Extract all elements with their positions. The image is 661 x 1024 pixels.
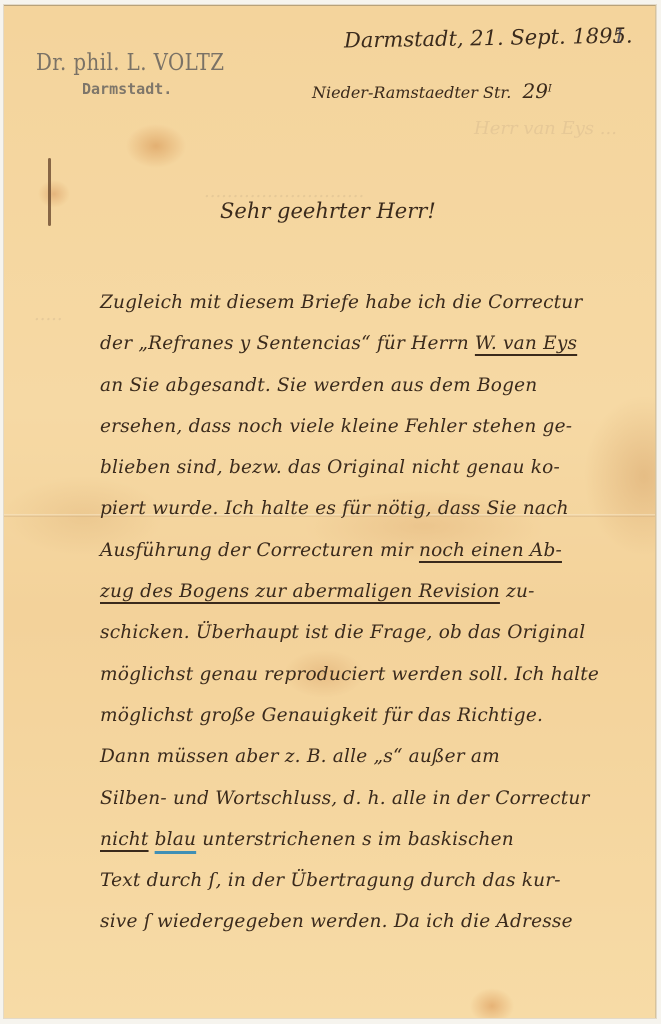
underlined-text: nicht xyxy=(100,829,149,850)
address-floor: I xyxy=(548,84,552,95)
underlined-text: blau xyxy=(155,829,197,850)
letterhead-city: Darmstadt. xyxy=(82,80,255,98)
margin-ink-mark xyxy=(48,158,51,226)
line-text: Ausführung der Correcturen mir xyxy=(100,540,419,561)
letter-line: blieben sind, bezw. das Original nicht g… xyxy=(100,447,640,488)
line-text: zu- xyxy=(500,581,535,602)
line-text: der „Refranes y Sentencias“ für Herrn xyxy=(100,333,475,354)
letter-line: schicken. Überhaupt ist die Frage, ob da… xyxy=(100,612,640,653)
letter-line: ersehen, dass noch viele kleine Fehler s… xyxy=(100,406,640,447)
letter-page: Herr van Eys ... .......................… xyxy=(4,5,656,1018)
letter-line: Text durch ſ, in der Übertragung durch d… xyxy=(100,860,640,901)
line-text: ersehen, dass noch viele kleine Fehler s… xyxy=(100,416,572,437)
letter-body: Zugleich mit diesem Briefe habe ich die … xyxy=(100,282,640,943)
letter-line: möglichst große Genauigkeit für das Rich… xyxy=(100,695,640,736)
underlined-text: W. van Eys xyxy=(475,333,577,354)
letter-line: der „Refranes y Sentencias“ für Herrn W.… xyxy=(100,323,640,364)
salutation: Sehr geehrter Herr! xyxy=(220,199,436,223)
bleed-through-text: ..... xyxy=(34,304,63,325)
letter-line: Ausführung der Correcturen mir noch eine… xyxy=(100,530,640,571)
line-text: an Sie abgesandt. Sie werden aus dem Bog… xyxy=(100,375,537,396)
letter-line: an Sie abgesandt. Sie werden aus dem Bog… xyxy=(100,365,640,406)
letter-line: Dann müssen aber z. B. alle „s“ außer am xyxy=(100,736,640,777)
line-text: möglichst genau reproduciert werden soll… xyxy=(100,664,599,685)
line-text: schicken. Überhaupt ist die Frage, ob da… xyxy=(100,622,585,643)
letter-line: zug des Bogens zur abermaligen Revision … xyxy=(100,571,640,612)
line-text: blieben sind, bezw. das Original nicht g… xyxy=(100,457,560,478)
line-text: Text durch ſ, in der Übertragung durch d… xyxy=(100,870,561,891)
address-street: Nieder-Ramstaedter Str. xyxy=(312,83,511,102)
line-text: möglichst große Genauigkeit für das Rich… xyxy=(100,705,543,726)
line-text: Dann müssen aber z. B. alle „s“ außer am xyxy=(100,746,500,767)
bleed-through-text: Herr van Eys ... xyxy=(474,118,617,139)
line-text: Zugleich mit diesem Briefe habe ich die … xyxy=(100,292,582,313)
underlined-text: noch einen Ab- xyxy=(419,540,562,561)
line-text: sive ſ wiedergegeben werden. Da ich die … xyxy=(100,911,573,932)
letter-line: piert wurde. Ich halte es für nötig, das… xyxy=(100,488,640,529)
letterhead-stamp: Dr. phil. L. VOLTZ Darmstadt. xyxy=(36,50,255,98)
line-text: piert wurde. Ich halte es für nötig, das… xyxy=(100,498,569,519)
letter-line: nicht blau unterstrichenen s im baskisch… xyxy=(100,819,640,860)
letter-line: sive ſ wiedergegeben werden. Da ich die … xyxy=(100,901,640,942)
letterhead-name: Dr. phil. L. VOLTZ xyxy=(36,50,224,76)
line-text: unterstrichenen s im baskischen xyxy=(196,829,514,850)
letter-line: Silben- und Wortschluss, d. h. alle in d… xyxy=(100,778,640,819)
letter-line: Zugleich mit diesem Briefe habe ich die … xyxy=(100,282,640,323)
letter-line: möglichst genau reproduciert werden soll… xyxy=(100,654,640,695)
address-number: 29 xyxy=(522,79,547,103)
underlined-text: zug des Bogens zur abermaligen Revision xyxy=(100,581,500,602)
line-text: Silben- und Wortschluss, d. h. alle in d… xyxy=(100,788,590,809)
dateline: Darmstadt, 21. Sept. 1895. xyxy=(344,23,633,52)
sender-address: Nieder-Ramstaedter Str. 29I xyxy=(312,79,552,103)
